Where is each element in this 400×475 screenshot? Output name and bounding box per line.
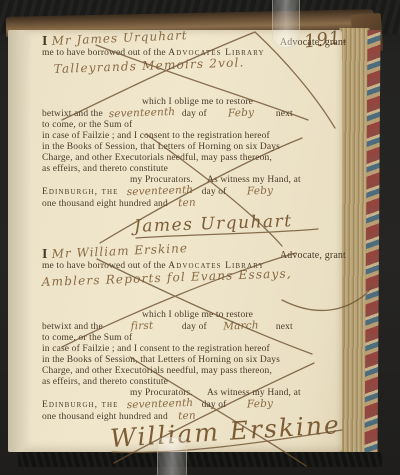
charge-line: Charge, and other Executorials needful, … [42, 366, 346, 377]
day-of-label: day of [202, 400, 227, 410]
acrylic-page-holder-bottom [157, 437, 187, 475]
signed-month-handwriting: Feby [229, 398, 291, 411]
return-date-line: betwixt and the first day of March next [42, 321, 346, 333]
spacer [42, 76, 346, 97]
sum-line: to come, or the Sum of [42, 333, 346, 344]
signed-month-handwriting: Feby [229, 185, 291, 198]
books-line: in the Books of Session, that Letters of… [42, 355, 346, 366]
return-day-handwriting: seventeenth [105, 107, 179, 121]
page-gutter [8, 30, 32, 452]
return-month-handwriting: March [209, 320, 273, 333]
oblige-line: which I oblige me to restore [42, 97, 346, 108]
oblige-line: which I oblige me to restore [42, 310, 346, 321]
spacer [42, 289, 346, 310]
borrow-entry-urquhart: I Mr James Urquhart Advocate, grant me t… [42, 36, 346, 210]
next-word: next [276, 109, 293, 119]
entry-opening-line: I Mr James Urquhart Advocate, grant [42, 36, 346, 48]
year-prefix: one thousand eight hundred and [42, 199, 168, 209]
printed-pronoun: I [42, 249, 48, 260]
borrowed-prefix: me to have borrowed out of the [42, 261, 166, 271]
day-of-label: day of [202, 187, 227, 197]
borrowed-prefix: me to have borrowed out of the [42, 48, 166, 58]
day-of-label: day of [182, 322, 207, 332]
failzie-line: in case of Failzie ; and I consent to th… [42, 131, 346, 142]
signing-year-line: one thousand eight hundred and ten [42, 198, 346, 210]
edinburgh-prefix: Edinburgh, the [42, 187, 119, 197]
effeirs-line: as effeirs, and thereto constitute [42, 164, 346, 175]
printed-grant-suffix: Advocate, grant [280, 250, 346, 261]
signed-year-handwriting: ten [170, 197, 204, 209]
book-cover-bottom [18, 452, 382, 467]
borrow-entry-erskine: I Mr William Erskine Advocate, grant me … [42, 249, 346, 423]
return-day-handwriting: first [105, 320, 179, 334]
betwixt-prefix: betwixt and the [42, 109, 103, 119]
next-word: next [276, 322, 293, 332]
acrylic-page-holder-top [272, 0, 300, 48]
return-month-handwriting: Feby [209, 107, 273, 120]
betwixt-prefix: betwixt and the [42, 322, 103, 332]
return-date-line: betwixt and the seventeenth day of Feby … [42, 108, 346, 120]
printed-pronoun: I [42, 36, 48, 47]
books-line: in the Books of Session, that Letters of… [42, 142, 346, 153]
edinburgh-prefix: Edinburgh, the [42, 400, 119, 410]
entry-opening-line: I Mr William Erskine Advocate, grant [42, 249, 346, 261]
year-prefix: one thousand eight hundred and [42, 412, 168, 422]
day-of-label: day of [182, 109, 207, 119]
effeirs-line: as effeirs, and thereto constitute [42, 377, 346, 388]
book-photo: 191. I Mr James Urquhart Advocate, grant… [0, 0, 400, 475]
marbled-edge [365, 30, 381, 454]
charge-line: Charge, and other Executorials needful, … [42, 153, 346, 164]
failzie-line: in case of Failzie ; and I consent to th… [42, 344, 346, 355]
sum-line: to come, or the Sum of [42, 120, 346, 131]
